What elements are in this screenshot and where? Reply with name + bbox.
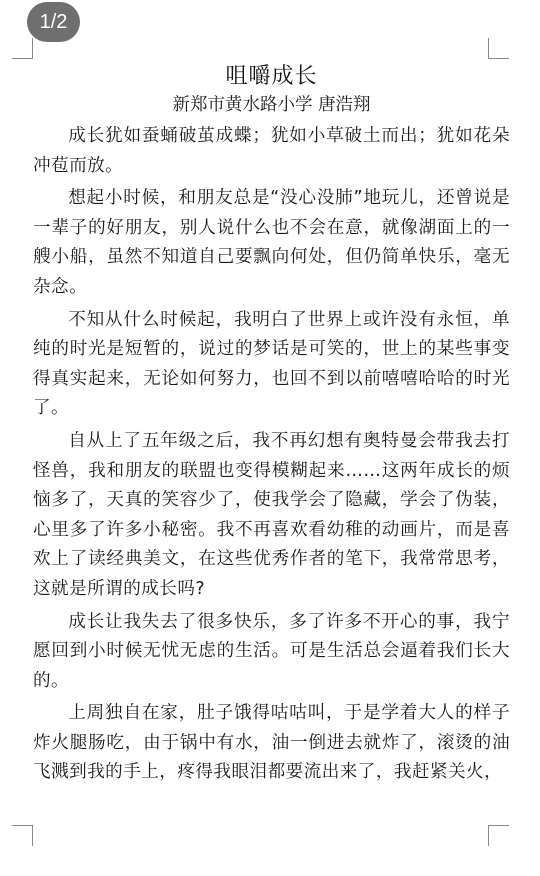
document-title: 咀嚼成长 [33, 62, 510, 92]
paragraph: 不知从什么时候起，我明白了世界上或许没有永恒，单纯的时光是短暂的，说过的梦话是可… [33, 306, 510, 424]
paragraph: 上周独自在家，肚子饿得咕咕叫，于是学着大人的样子炸火腿肠吃，由于锅中有水，油一倒… [33, 699, 510, 788]
paragraph: 成长犹如蚕蛹破茧成蝶；犹如小草破土而出；犹如花朵冲苞而放。 [33, 122, 510, 181]
page-indicator-badge: 1/2 [27, 2, 80, 42]
crop-mark-bottom-left [12, 825, 33, 846]
crop-mark-top-right [488, 38, 509, 59]
document-page: 咀嚼成长 新郑市黄水路小学 唐浩翔 成长犹如蚕蛹破茧成蝶；犹如小草破土而出；犹如… [33, 62, 510, 791]
crop-mark-bottom-right [488, 825, 509, 846]
crop-mark-top-left [12, 38, 33, 59]
document-author: 新郑市黄水路小学 唐浩翔 [33, 92, 510, 118]
paragraph: 成长让我失去了很多快乐，多了许多不开心的事，我宁愿回到小时候无忧无虑的生活。可是… [33, 608, 510, 697]
paragraph: 自从上了五年级之后，我不再幻想有奥特曼会带我去打怪兽，我和朋友的联盟也变得模糊起… [33, 427, 510, 605]
paragraph: 想起小时候，和朋友总是“没心没肺”地玩儿，还曾说是一辈子的好朋友，别人说什么也不… [33, 184, 510, 302]
